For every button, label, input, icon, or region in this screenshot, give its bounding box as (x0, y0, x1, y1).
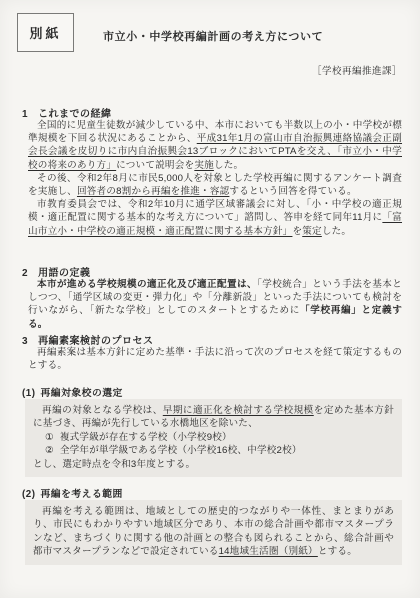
subsection-1-number: (1) (22, 388, 35, 399)
underlined-text-run: 早期に適正化を検討する学校規模 (163, 405, 314, 416)
underlined-text-run: 策定 (302, 226, 322, 237)
paragraph: とし、選定時点を令和3年度とする。 (33, 458, 394, 471)
text-run: するという回答を得ている。 (229, 186, 356, 197)
paragraph: その後、令和2年8月に市民5,000人を対象とした学校再編に関するアンケート調査… (28, 172, 402, 198)
page-title: 市立小・中学校再編計画の考え方について (103, 28, 323, 44)
department-label: ［学校再編推進課］ (312, 63, 402, 77)
text-run: とする。 (318, 546, 357, 557)
section-3-heading: 3再編素案検討のプロセス (22, 332, 154, 347)
list-item-text: 全学年が単学級である学校（小学校16校、中学校2校） (60, 445, 302, 456)
paragraph: 再編の対象となる学校は、早期に適正化を検討する学校規模を定めた基本方針に基づき、… (33, 404, 394, 431)
selection-criteria-box: 再編の対象となる学校は、早期に適正化を検討する学校規模を定めた基本方針に基づき、… (25, 399, 402, 477)
circled-1-marker: ① (45, 432, 54, 443)
list-item-text: 複式学級が存在する学校（小学校9校） (60, 432, 232, 443)
paragraph: 全国的に児童生徒数が減少している中、本市においても半数以上の小・中学校が標準規模… (28, 119, 402, 172)
text-run: 市教育委員会では、令和2年10月に通学区域審議会に対し、「小・中学校の適正規模・… (28, 199, 402, 223)
paragraph: 再編素案は基本方針に定めた基準・手法に沿って次のプロセスを経て策定するものとする… (28, 346, 402, 372)
paragraph: 再編を考える範囲は、地域としての歴史的つながりや一体性、まとまりがあり、市民にも… (33, 505, 394, 559)
list-item: ①複式学級が存在する学校（小学校9校） (33, 431, 394, 444)
scope-box: 再編を考える範囲は、地域としての歴史的つながりや一体性、まとまりがあり、市民にも… (25, 500, 402, 565)
underlined-text-run: 実施 (194, 160, 214, 171)
circled-2-marker: ② (45, 445, 54, 456)
section-2-heading: 2用語の定義 (22, 264, 91, 279)
section-1-body: 全国的に児童生徒数が減少している中、本市においても半数以上の小・中学校が標準規模… (28, 119, 402, 238)
section-3-body: 再編素案は基本方針に定めた基準・手法に沿って次のプロセスを経て策定するものとする… (28, 346, 402, 372)
underlined-text-run: 回答者の8割から再編を推進・容認 (77, 186, 229, 197)
paragraph: 本市が進める学校規模の適正化及び適正配置は、「学校統合」という手法を基本としつつ… (28, 278, 402, 331)
subsection-1-heading: (1)再編対象校の選定 (22, 385, 123, 399)
subsection-2-heading: (2)再編を考える範囲 (22, 486, 123, 500)
text-run: を (292, 226, 302, 237)
text-run: した。 (214, 160, 243, 171)
bold-text-run: 本市が進める学校規模の適正化及び適正配置は、 (37, 279, 257, 290)
attachment-label: 別紙 (29, 23, 61, 42)
subsection-2-number: (2) (22, 489, 35, 500)
section-1-heading: 1これまでの経緯 (22, 105, 112, 120)
attachment-label-box: 別紙 (17, 13, 74, 52)
text-run: について説明会を (116, 160, 194, 171)
underlined-text-run: 14地域生活圏（別紙） (219, 546, 318, 557)
text-run: 再編の対象となる学校は、 (42, 405, 163, 416)
subsection-2-title: 再編を考える範囲 (40, 489, 122, 500)
text-run: した。 (322, 226, 351, 237)
paragraph: 市教育委員会では、令和2年10月に通学区域審議会に対し、「小・中学校の適正規模・… (28, 198, 402, 238)
section-2-body: 本市が進める学校規模の適正化及び適正配置は、「学校統合」という手法を基本としつつ… (28, 278, 402, 331)
document-page: 別紙 市立小・中学校再編計画の考え方について ［学校再編推進課］ 1これまでの経… (0, 0, 420, 598)
subsection-1-title: 再編対象校の選定 (40, 388, 122, 399)
list-item: ②全学年が単学級である学校（小学校16校、中学校2校） (33, 444, 394, 457)
